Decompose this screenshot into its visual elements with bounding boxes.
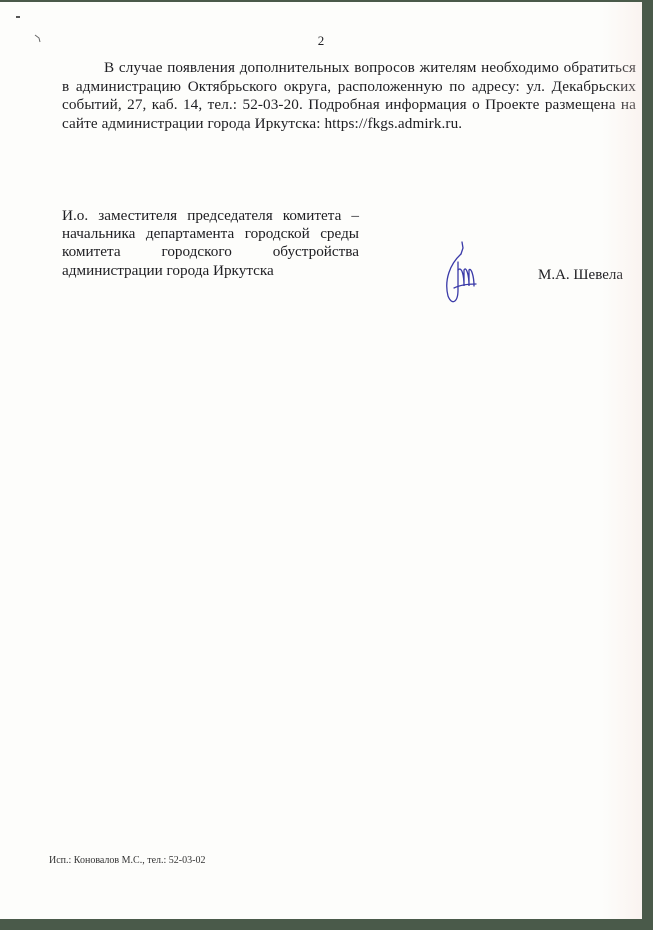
- position-title: И.о. заместителя председателя комитета –…: [62, 207, 359, 280]
- signer-name: М.А. Шевела: [538, 267, 623, 284]
- signature-icon: [436, 240, 486, 308]
- page-number: 2: [0, 33, 642, 49]
- document-page: 2 В случае появления дополнительных вопр…: [0, 2, 642, 919]
- body-paragraph: В случае появления дополнительных вопрос…: [62, 59, 636, 133]
- executor-note: Исп.: Коновалов М.С., тел.: 52-03-02: [49, 855, 205, 866]
- signature-block: И.о. заместителя председателя комитета –…: [62, 207, 359, 280]
- scan-artifact: [16, 16, 20, 18]
